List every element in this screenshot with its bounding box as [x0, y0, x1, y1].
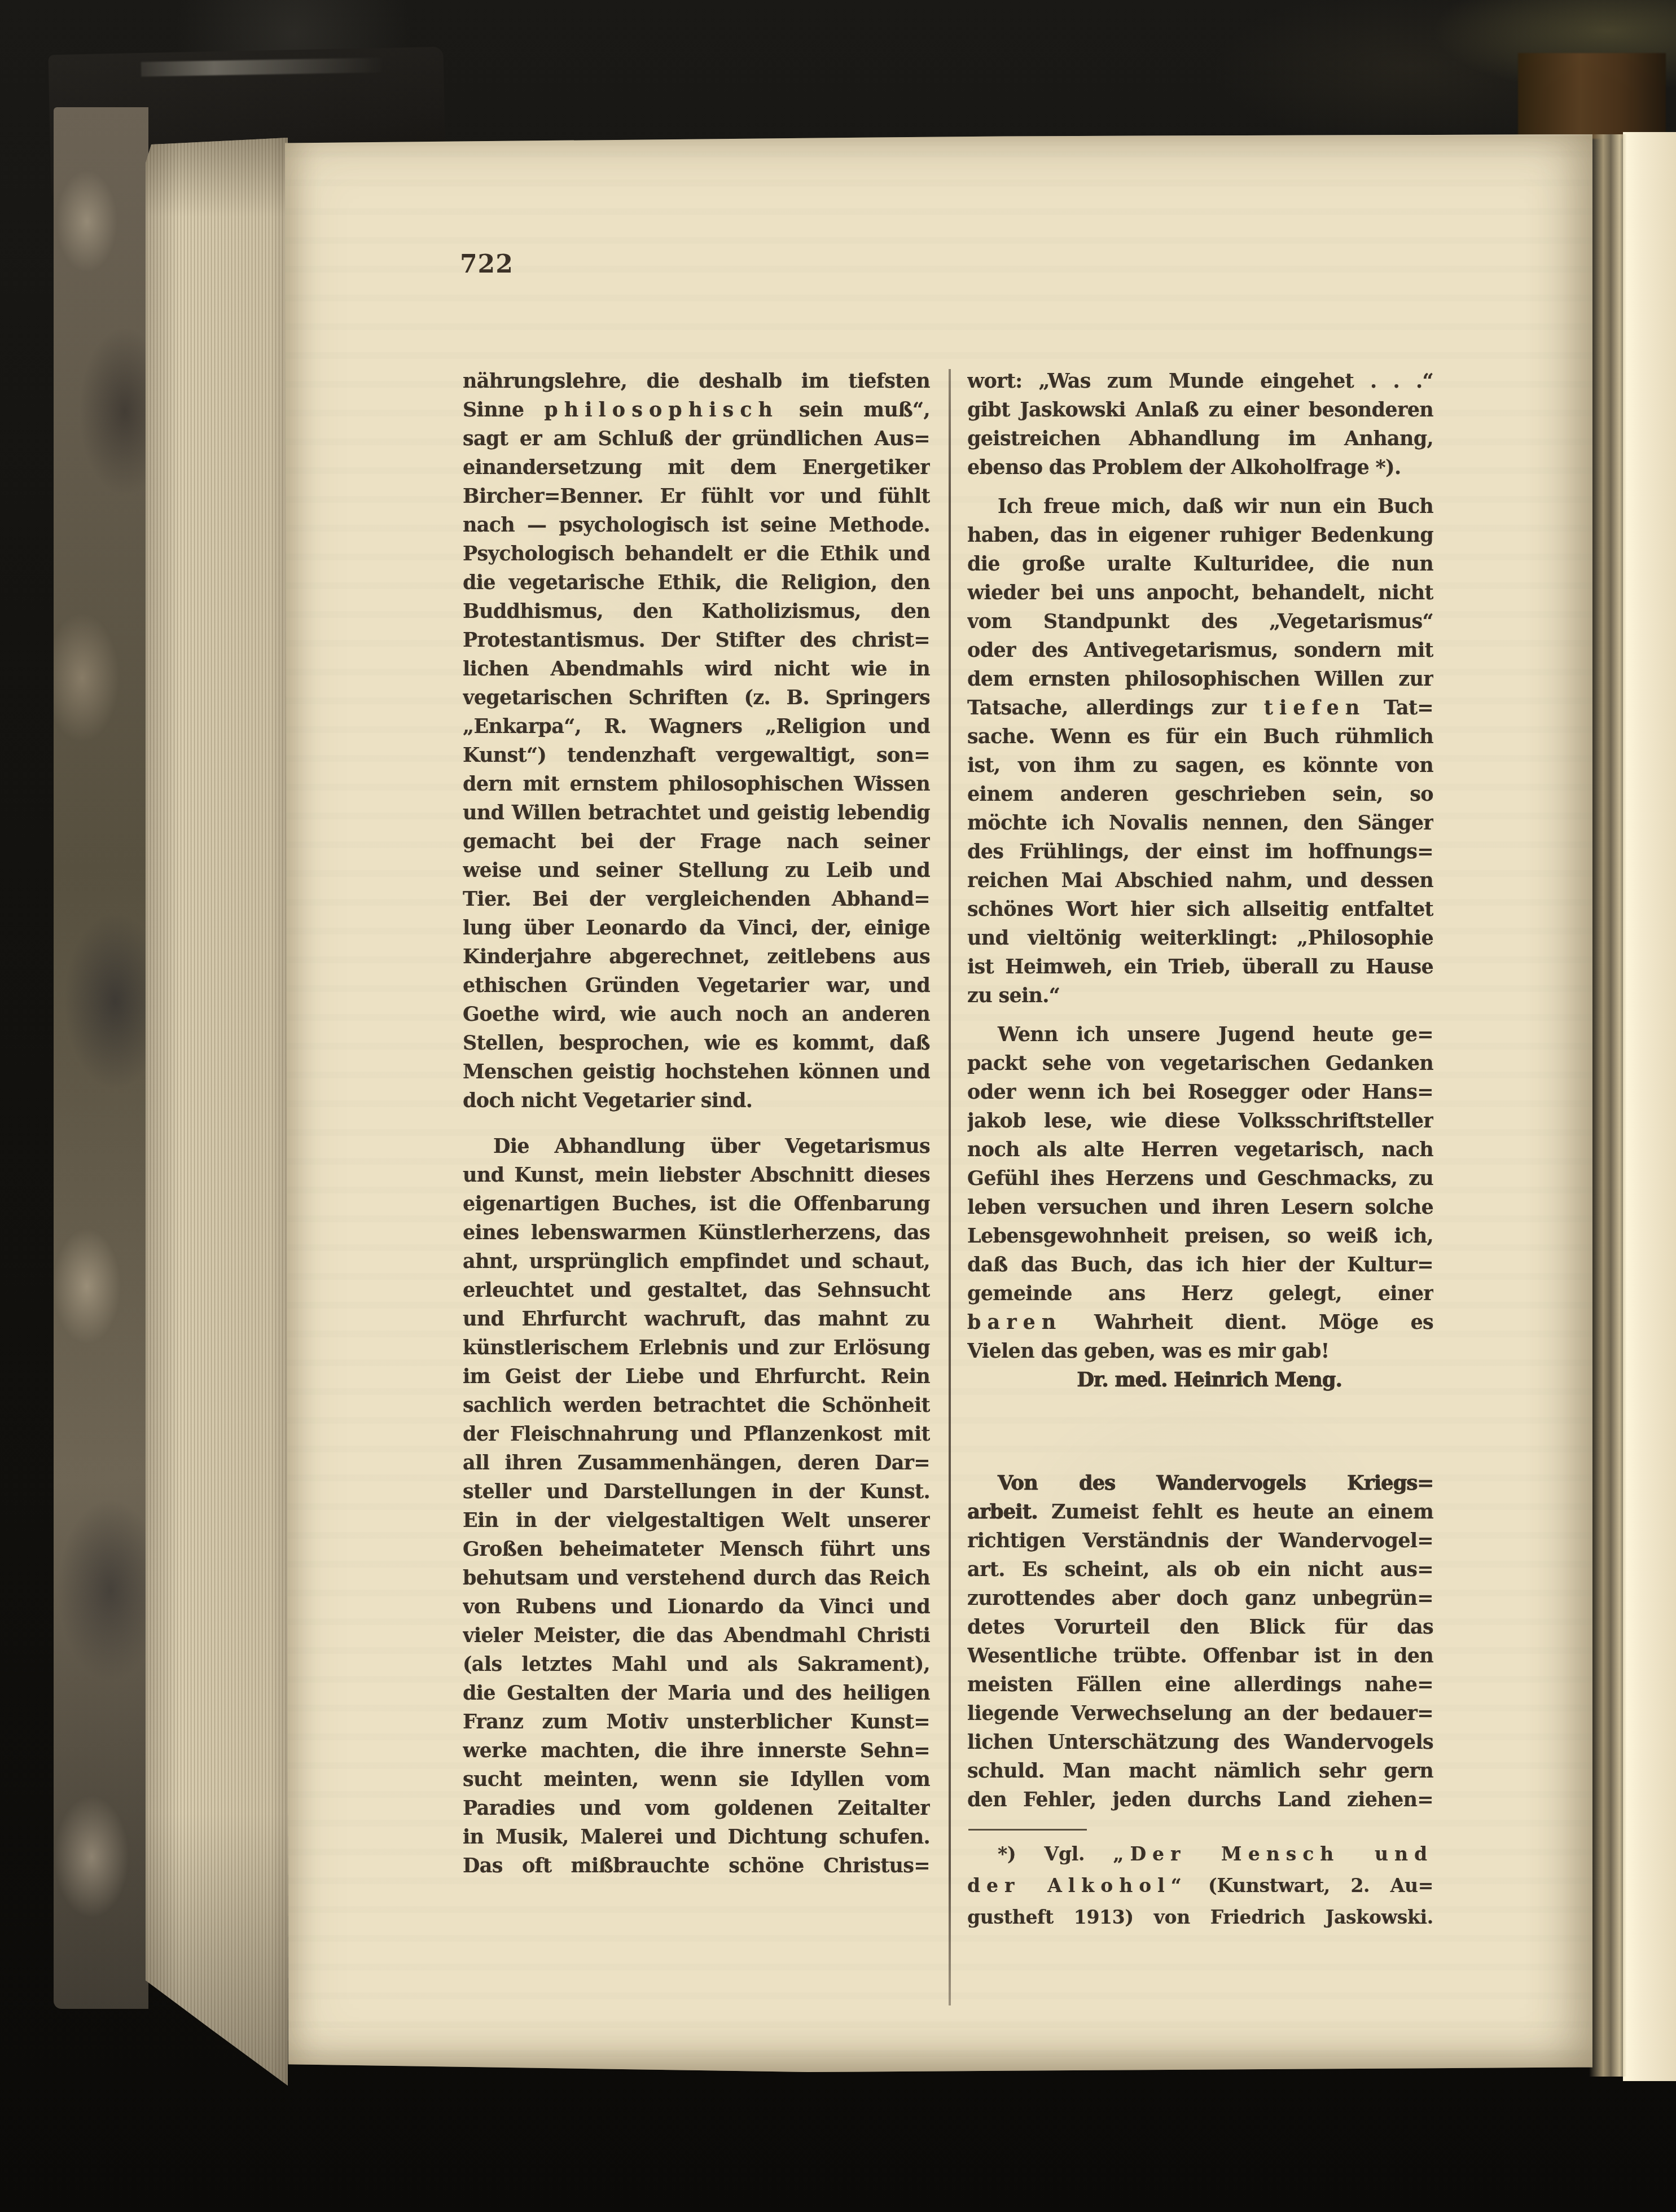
text-segment: ist Heimweh, ein Trieb, überall zu Hause: [967, 955, 1433, 978]
text-segment: Protestantismus. Der Stifter des christ=: [463, 629, 930, 652]
text-segment: nach — psychologisch ist seine Methode.: [463, 513, 930, 537]
text-line: Protestantismus. Der Stifter des christ=: [463, 626, 930, 655]
text-line: oder wenn ich bei Rosegger oder Hans=: [967, 1078, 1433, 1107]
text-line: schuld. Man macht nämlich sehr gern: [967, 1757, 1433, 1785]
text-segment: in Musik, Malerei und Dichtung schufen.: [463, 1825, 930, 1849]
text-segment: einandersetzung mit dem Energetiker: [463, 456, 930, 479]
text-line: gemeinde ans Herz gelegt, einer frucht=: [967, 1279, 1433, 1308]
text-line: Psychologisch behandelt er die Ethik und: [463, 539, 930, 568]
text-segment: jakob lese, wie diese Volksschriftstelle…: [967, 1109, 1433, 1133]
text-line: liegende Verwechselung an der bedauer=: [967, 1699, 1433, 1728]
text-line: Die Abhandlung über Vegetarismus: [463, 1132, 930, 1161]
text-line: und Willen betrachtet und geistig lebend…: [463, 798, 930, 827]
text-line: ist Heimweh, ein Trieb, überall zu Hause: [967, 953, 1433, 981]
text-line: Sinne philosophisch sein muß“,: [463, 396, 930, 424]
text-line: oder des Antivegetarismus, sondern mit: [967, 636, 1433, 665]
text-line: Kinderjahre abgerechnet, zeitlebens aus: [463, 942, 930, 971]
text-line: Tatsache, allerdings zur tiefen Tat=: [967, 694, 1433, 722]
text-line: Tier. Bei der vergleichenden Abhand=: [463, 885, 930, 914]
text-segment: (als letztes Mahl und als Sakrament),: [463, 1653, 930, 1676]
text-segment: Großen beheimateter Mensch führt uns: [463, 1538, 930, 1561]
text-line: doch nicht Vegetarier sind.: [463, 1086, 930, 1115]
text-segment: des Frühlings, der einst im hoffnungs=: [967, 840, 1433, 863]
text-segment: gibt Jaskowski Anlaß zu einer besonderen: [967, 398, 1433, 422]
text-segment: die vegetarische Ethik, die Religion, de…: [463, 571, 930, 594]
text-segment: daß das Buch, das ich hier der Kultur=: [967, 1253, 1433, 1276]
text-segment: steller und Darstellungen in der Kunst.: [463, 1480, 930, 1503]
text-line: erleuchtet und gestaltet, das Sehnsucht: [463, 1276, 930, 1305]
text-line: lichen Abendmahls wird nicht wie in: [463, 655, 930, 683]
footnote-divider: [968, 1829, 1087, 1831]
text-line: lichen Unterschätzung des Wandervogels: [967, 1728, 1433, 1757]
text-segment: Kinderjahre abgerechnet, zeitlebens aus: [463, 945, 930, 968]
text-line: wort: „Was zum Munde eingehet . . .“: [967, 367, 1433, 396]
text-segment: Ein in der vielgestaltigen Welt unserer: [463, 1509, 930, 1532]
footnote-line: *) Vgl. „Der Mensch und: [967, 1838, 1433, 1870]
text-segment: leben versuchen und ihren Lesern solche: [967, 1196, 1433, 1219]
emphasized-text: tiefen: [1264, 696, 1366, 719]
text-segment: liegende Verwechselung an der bedauer=: [967, 1702, 1433, 1725]
text-segment: wieder bei uns anpocht, behandelt, nicht: [967, 581, 1433, 604]
text-line: dern mit ernstem philosophischen Wissen: [463, 770, 930, 798]
book-page: 722 nährungslehre, die deshalb im tiefst…: [285, 134, 1592, 2072]
text-line: „Enkarpa“, R. Wagners „Religion und: [463, 712, 930, 741]
text-segment: und Kunst, mein liebster Abschnitt diese…: [463, 1164, 930, 1187]
text-line: ist, von ihm zu sagen, es könnte von: [967, 751, 1433, 780]
text-line: möchte ich Novalis nennen, den Sänger: [967, 809, 1433, 837]
text-line: Von des Wandervogels Kriegs=: [967, 1469, 1433, 1498]
emphasized-text: philosophisch: [544, 398, 779, 422]
text-line: gibt Jaskowski Anlaß zu einer besonderen: [967, 396, 1433, 424]
text-line: packt sehe von vegetarischen Gedanken: [967, 1049, 1433, 1078]
text-segment: meisten Fällen eine allerdings nahe=: [967, 1673, 1433, 1696]
text-segment: lichen Unterschätzung des Wandervogels: [967, 1731, 1433, 1754]
text-segment: Tat=: [1366, 696, 1433, 719]
text-segment: Das oft mißbrauchte schöne Christus=: [463, 1854, 930, 1877]
text-line: werke machten, die ihre innerste Sehn=: [463, 1736, 930, 1765]
text-line: der Fleischnahrung und Pflanzenkost mit: [463, 1420, 930, 1449]
text-line: detes Vorurteil den Blick für das: [967, 1613, 1433, 1642]
text-line: nach — psychologisch ist seine Methode.: [463, 511, 930, 539]
text-line: Bircher=Benner. Er fühlt vor und fühlt: [463, 482, 930, 511]
text-segment: richtigen Verständnis der Wandervogel=: [967, 1529, 1433, 1552]
text-segment: und vieltönig weiterklingt: „Philosophie: [967, 927, 1433, 950]
text-line: sache. Wenn es für ein Buch rühmlich: [967, 722, 1433, 751]
text-line: sagt er am Schluß der gründlichen Aus=: [463, 424, 930, 453]
text-line: vom Standpunkt des „Vegetarismus“: [967, 607, 1433, 636]
text-segment: werke machten, die ihre innerste Sehn=: [463, 1739, 930, 1762]
text-line: sucht meinten, wenn sie Idyllen vom: [463, 1765, 930, 1794]
text-line: Franz zum Motiv unsterblicher Kunst=: [463, 1708, 930, 1736]
text-line: des Frühlings, der einst im hoffnungs=: [967, 837, 1433, 866]
text-segment: Gefühl ihes Herzens und Geschmacks, zu: [967, 1167, 1433, 1190]
text-segment: packt sehe von vegetarischen Gedanken: [967, 1052, 1433, 1075]
text-segment: Menschen geistig hochstehen können und: [463, 1060, 930, 1083]
text-segment: haben, das in eigener ruhiger Bedenkung: [967, 524, 1433, 547]
text-segment: ethischen Gründen Vegetarier war, und: [463, 974, 930, 997]
text-segment: vegetarischen Schriften (z. B. Springers: [463, 686, 930, 709]
photo-background: 722 nährungslehre, die deshalb im tiefst…: [0, 0, 1676, 2212]
text-line: eigenartigen Buches, ist die Offenbarung: [463, 1190, 930, 1218]
text-segment: gemeinde ans Herz gelegt, einer: [967, 1282, 1433, 1305]
emphasized-text: baren: [967, 1311, 1062, 1334]
text-line: ethischen Gründen Vegetarier war, und: [463, 971, 930, 1000]
text-line: Gefühl ihes Herzens und Geschmacks, zu: [967, 1164, 1433, 1193]
text-line: behutsam und verstehend durch das Reich: [463, 1564, 930, 1592]
text-segment: Stellen, besprochen, wie es kommt, daß: [463, 1032, 930, 1055]
text-segment: wort: „Was zum Munde eingehet . . .“: [967, 370, 1433, 393]
text-segment: nährungslehre, die deshalb im tiefsten: [463, 370, 930, 393]
text-line: Goethe wird, wie auch noch an anderen: [463, 1000, 930, 1029]
text-line: vieler Meister, die das Abendmahl Christ…: [463, 1621, 930, 1650]
text-line: und Kunst, mein liebster Abschnitt diese…: [463, 1161, 930, 1190]
text-segment: die Gestalten der Maria und des heiligen: [463, 1682, 930, 1705]
text-segment: weise und seiner Stellung zu Leib und: [463, 859, 930, 882]
text-line: jakob lese, wie diese Volksschriftstelle…: [967, 1107, 1433, 1135]
column-divider-rule: [949, 369, 951, 2005]
text-segment: gemacht bei der Frage nach seiner Lebens…: [463, 830, 930, 856]
text-line: Ein in der vielgestaltigen Welt unserer: [463, 1506, 930, 1535]
text-segment: „Enkarpa“, R. Wagners „Religion und: [463, 715, 930, 738]
emphasized-text: Von des Wandervogels Kriegs=: [998, 1472, 1433, 1495]
text-line: meisten Fällen eine allerdings nahe=: [967, 1670, 1433, 1699]
footnote-line: der Alkohol“ (Kunstwart, 2. Au=: [967, 1870, 1433, 1902]
text-segment: im Geist der Liebe und Ehrfurcht. Rein: [463, 1365, 930, 1388]
text-segment: detes Vorurteil den Blick für das: [967, 1616, 1433, 1639]
text-line: zurottendes aber doch ganz unbegrün=: [967, 1584, 1433, 1613]
text-segment: (Kunstwart, 2. Au=: [1188, 1875, 1433, 1897]
text-line: künstlerischem Erlebnis und zur Erlösung: [463, 1333, 930, 1362]
page-number: 722: [460, 250, 514, 279]
text-segment: oder des Antivegetarismus, sondern mit: [967, 639, 1433, 662]
text-line: noch als alte Herren vegetarisch, nach d…: [967, 1135, 1433, 1164]
binding-gutter: [1589, 134, 1626, 2077]
text-line: Vielen das geben, was es mir gab!: [967, 1337, 1433, 1366]
text-segment: die große uralte Kulturidee, die nun: [967, 552, 1433, 576]
text-segment: *) Vgl.: [998, 1843, 1113, 1865]
text-segment: zurottendes aber doch ganz unbegrün=: [967, 1587, 1433, 1610]
text-line: Ich freue mich, daß wir nun ein Buch: [967, 492, 1433, 521]
text-line: die Gestalten der Maria und des heiligen: [463, 1679, 930, 1708]
emphasized-text: der Alkohol“: [967, 1875, 1188, 1897]
text-segment: möchte ich Novalis nennen, den Sänger: [967, 811, 1433, 835]
text-segment: dern mit ernstem philosophischen Wissen: [463, 773, 930, 796]
text-segment: Wesentliche trübte. Offenbar ist in den: [967, 1644, 1433, 1667]
text-segment: ist, von ihm zu sagen, es könnte von: [967, 754, 1433, 777]
text-segment: der Fleischnahrung und Pflanzenkost mit: [463, 1423, 930, 1446]
text-segment: dem ernsten philosophischen Willen zur: [967, 668, 1433, 691]
text-segment: von Rubens und Lionardo da Vinci und: [463, 1595, 930, 1618]
text-line: ahnt, ursprünglich empfindet und schaut,: [463, 1247, 930, 1276]
text-line: haben, das in eigener ruhiger Bedenkung: [967, 521, 1433, 550]
text-segment: Tatsache, allerdings zur: [967, 696, 1264, 719]
marbled-endpaper: [54, 107, 148, 2009]
text-line: lung über Leonardo da Vinci, der, einige: [463, 914, 930, 942]
signature-line: Dr. med. Heinrich Meng.: [967, 1366, 1433, 1394]
text-line: Großen beheimateter Mensch führt uns: [463, 1535, 930, 1564]
text-segment: sucht meinten, wenn sie Idyllen vom: [463, 1768, 930, 1791]
text-segment: sache. Wenn es für ein Buch rühmlich: [967, 725, 1433, 748]
text-line: Wesentliche trübte. Offenbar ist in den: [967, 1642, 1433, 1670]
text-line: den Fehler, jeden durchs Land ziehen=: [967, 1785, 1433, 1814]
text-line: Wenn ich unsere Jugend heute ge=: [967, 1020, 1433, 1049]
text-line: reichen Mai Abschied nahm, und dessen: [967, 866, 1433, 895]
text-segment: Kunst“) tendenzhaft vergewaltigt, son=: [463, 744, 930, 767]
spine-leather: [1518, 53, 1666, 139]
text-segment: und Willen betrachtet und geistig lebend…: [463, 801, 930, 824]
text-segment: vieler Meister, die das Abendmahl Christ…: [463, 1624, 930, 1647]
text-line: arbeit. Zumeist fehlt es heute an einem: [967, 1498, 1433, 1526]
text-segment: lung über Leonardo da Vinci, der, einige: [463, 916, 930, 940]
text-line: zu sein.“: [967, 981, 1433, 1010]
text-segment: ahnt, ursprünglich empfindet und schaut,: [463, 1250, 930, 1273]
text-segment: Buddhismus, den Katholizismus, den: [463, 600, 930, 623]
text-line: sachlich werden betrachtet die Schönheit: [463, 1391, 930, 1420]
text-segment: all ihren Zusammenhängen, deren Dar=: [463, 1451, 930, 1474]
text-line: einem anderen geschrieben sein, so: [967, 780, 1433, 809]
page-edge-stack: [146, 138, 288, 2086]
text-segment: Ich freue mich, daß wir nun ein Buch: [998, 495, 1433, 518]
text-line: geistreichen Abhandlung im Anhang,: [967, 424, 1433, 453]
text-segment: noch als alte Herren vegetarisch, nach d…: [967, 1138, 1433, 1164]
facing-page-edge: [1623, 132, 1676, 2081]
text-segment: geistreichen Abhandlung im Anhang,: [967, 427, 1433, 450]
text-line: die große uralte Kulturidee, die nun: [967, 550, 1433, 578]
text-column-right: wort: „Was zum Munde eingehet . . .“gibt…: [967, 367, 1433, 1933]
text-segment: schönes Wort hier sich allseitig entfalt…: [967, 898, 1433, 921]
text-line: von Rubens und Lionardo da Vinci und: [463, 1592, 930, 1621]
text-segment: den Fehler, jeden durchs Land ziehen=: [967, 1788, 1433, 1811]
text-line: eines lebenswarmen Künstlerherzens, das: [463, 1218, 930, 1247]
text-segment: erleuchtet und gestaltet, das Sehnsucht: [463, 1279, 930, 1302]
text-line: in Musik, Malerei und Dichtung schufen.: [463, 1823, 930, 1851]
text-line: leben versuchen und ihren Lesern solche: [967, 1193, 1433, 1222]
text-segment: zu sein.“: [967, 984, 1060, 1007]
text-segment: reichen Mai Abschied nahm, und dessen: [967, 869, 1433, 892]
text-segment: Bircher=Benner. Er fühlt vor und fühlt: [463, 485, 930, 508]
emphasized-text: arbeit.: [967, 1500, 1038, 1524]
text-line: Lebensgewohnheit preisen, so weiß ich,: [967, 1222, 1433, 1250]
text-segment: sachlich werden betrachtet die Schönheit: [463, 1394, 930, 1417]
text-segment: Die Abhandlung über Vegetarismus: [493, 1135, 930, 1158]
text-segment: Vielen das geben, was es mir gab!: [967, 1340, 1329, 1363]
text-line: all ihren Zusammenhängen, deren Dar=: [463, 1449, 930, 1477]
text-line: und Ehrfurcht wachruft, das mahnt zu: [463, 1305, 930, 1333]
text-line: Stellen, besprochen, wie es kommt, daß: [463, 1029, 930, 1057]
text-segment: und Ehrfurcht wachruft, das mahnt zu: [463, 1307, 930, 1331]
text-segment: sagt er am Schluß der gründlichen Aus=: [463, 427, 930, 450]
emphasized-text: „Der Mensch und: [1113, 1843, 1433, 1865]
text-line: (als letztes Mahl und als Sakrament),: [463, 1650, 930, 1679]
text-line: Menschen geistig hochstehen können und: [463, 1057, 930, 1086]
text-segment: Paradies und vom goldenen Zeitalter: [463, 1797, 930, 1820]
text-line: weise und seiner Stellung zu Leib und: [463, 856, 930, 885]
text-line: Buddhismus, den Katholizismus, den: [463, 597, 930, 626]
text-segment: Franz zum Motiv unsterblicher Kunst=: [463, 1710, 930, 1733]
text-line: gemacht bei der Frage nach seiner Lebens…: [463, 827, 930, 856]
text-segment: Psychologisch behandelt er die Ethik und: [463, 542, 930, 565]
text-column-left: nährungslehre, die deshalb im tiefstenSi…: [463, 367, 930, 1880]
text-line: nährungslehre, die deshalb im tiefsten: [463, 367, 930, 396]
text-segment: Sinne: [463, 398, 544, 422]
text-segment: sein muß“,: [779, 398, 930, 422]
text-line: baren Wahrheit dient. Möge es: [967, 1308, 1433, 1337]
text-line: die vegetarische Ethik, die Religion, de…: [463, 568, 930, 597]
emphasized-text: Dr. med. Heinrich Meng.: [1077, 1368, 1342, 1392]
text-segment: Wenn ich unsere Jugend heute ge=: [998, 1023, 1433, 1046]
text-line: art. Es scheint, als ob ein nicht aus=: [967, 1555, 1433, 1584]
text-segment: einem anderen geschrieben sein, so: [967, 783, 1433, 806]
text-segment: art. Es scheint, als ob ein nicht aus=: [967, 1558, 1433, 1581]
text-line: Das oft mißbrauchte schöne Christus=: [463, 1851, 930, 1880]
text-segment: Wahrheit dient. Möge es: [1062, 1311, 1433, 1334]
text-line: wieder bei uns anpocht, behandelt, nicht: [967, 578, 1433, 607]
text-segment: Zumeist fehlt es heute an einem: [1038, 1500, 1433, 1524]
text-segment: gustheft 1913) von Friedrich Jaskowski.: [967, 1906, 1433, 1928]
text-line: einandersetzung mit dem Energetiker: [463, 453, 930, 482]
text-segment: schuld. Man macht nämlich sehr gern: [967, 1759, 1433, 1783]
text-segment: behutsam und verstehend durch das Reich: [463, 1566, 930, 1590]
text-line: und vieltönig weiterklingt: „Philosophie: [967, 924, 1433, 953]
text-segment: Goethe wird, wie auch noch an anderen: [463, 1003, 930, 1026]
text-segment: oder wenn ich bei Rosegger oder Hans=: [967, 1081, 1433, 1104]
text-line: Paradies und vom goldenen Zeitalter: [463, 1794, 930, 1823]
text-line: dem ernsten philosophischen Willen zur: [967, 665, 1433, 694]
text-line: steller und Darstellungen in der Kunst.: [463, 1477, 930, 1506]
text-segment: doch nicht Vegetarier sind.: [463, 1089, 752, 1112]
text-line: richtigen Verständnis der Wandervogel=: [967, 1526, 1433, 1555]
text-segment: ebenso das Problem der Alkoholfrage *).: [967, 456, 1401, 479]
text-segment: Tier. Bei der vergleichenden Abhand=: [463, 888, 930, 911]
text-line: daß das Buch, das ich hier der Kultur=: [967, 1250, 1433, 1279]
text-line: im Geist der Liebe und Ehrfurcht. Rein: [463, 1362, 930, 1391]
footnote-line: gustheft 1913) von Friedrich Jaskowski.: [967, 1902, 1433, 1933]
text-line: ebenso das Problem der Alkoholfrage *).: [967, 453, 1433, 482]
text-segment: vom Standpunkt des „Vegetarismus“: [967, 610, 1433, 633]
text-segment: eigenartigen Buches, ist die Offenbarung: [463, 1192, 930, 1215]
text-segment: Lebensgewohnheit preisen, so weiß ich,: [967, 1224, 1433, 1248]
text-segment: eines lebenswarmen Künstlerherzens, das: [463, 1221, 930, 1244]
text-line: Kunst“) tendenzhaft vergewaltigt, son=: [463, 741, 930, 770]
text-segment: künstlerischem Erlebnis und zur Erlösung: [463, 1336, 930, 1359]
text-line: schönes Wort hier sich allseitig entfalt…: [967, 895, 1433, 924]
text-segment: lichen Abendmahls wird nicht wie in: [463, 657, 930, 681]
text-line: vegetarischen Schriften (z. B. Springers: [463, 683, 930, 712]
